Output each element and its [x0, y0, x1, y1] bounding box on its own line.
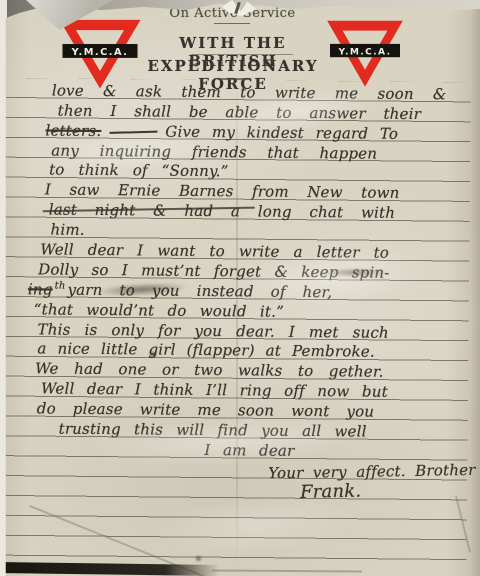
handwriting-line: This is only for you dear. I met such [38, 320, 389, 341]
ymca-band-label: Y.M.C.A. [71, 47, 129, 58]
ink-speck [196, 556, 201, 561]
service-underline [214, 23, 250, 24]
paper-bottom-edge [0, 562, 220, 576]
letter-scan: On Active Service Y.M.C.A. WITH THE BRIT… [0, 0, 480, 576]
handwriting-line: We had one or two walks to gether. [35, 359, 384, 380]
handwriting-line: a nice little girl (flapper) at Pembroke… [37, 339, 375, 360]
ink-speck [150, 352, 156, 357]
paper-bottom-edge-thin [212, 569, 362, 572]
letter-paper: On Active Service Y.M.C.A. WITH THE BRIT… [0, 0, 480, 576]
struck-word: ing [28, 280, 53, 298]
ink-smudge [322, 268, 388, 277]
right-edge-shadow [470, 0, 480, 576]
ymca-band-label: Y.M.C.A. [338, 47, 392, 57]
title-underline-1 [191, 54, 293, 55]
signoff-line: Your very affect. Brother [268, 461, 476, 482]
handwriting-line: Well dear I think I’ll ring off now but [41, 379, 388, 400]
handwriting-line: him. [50, 220, 84, 238]
bottom-right-corner-shadow [416, 540, 480, 576]
inserted-word: th [55, 281, 66, 292]
handwriting-line: I saw Ernie Barnes from New town [45, 180, 400, 201]
